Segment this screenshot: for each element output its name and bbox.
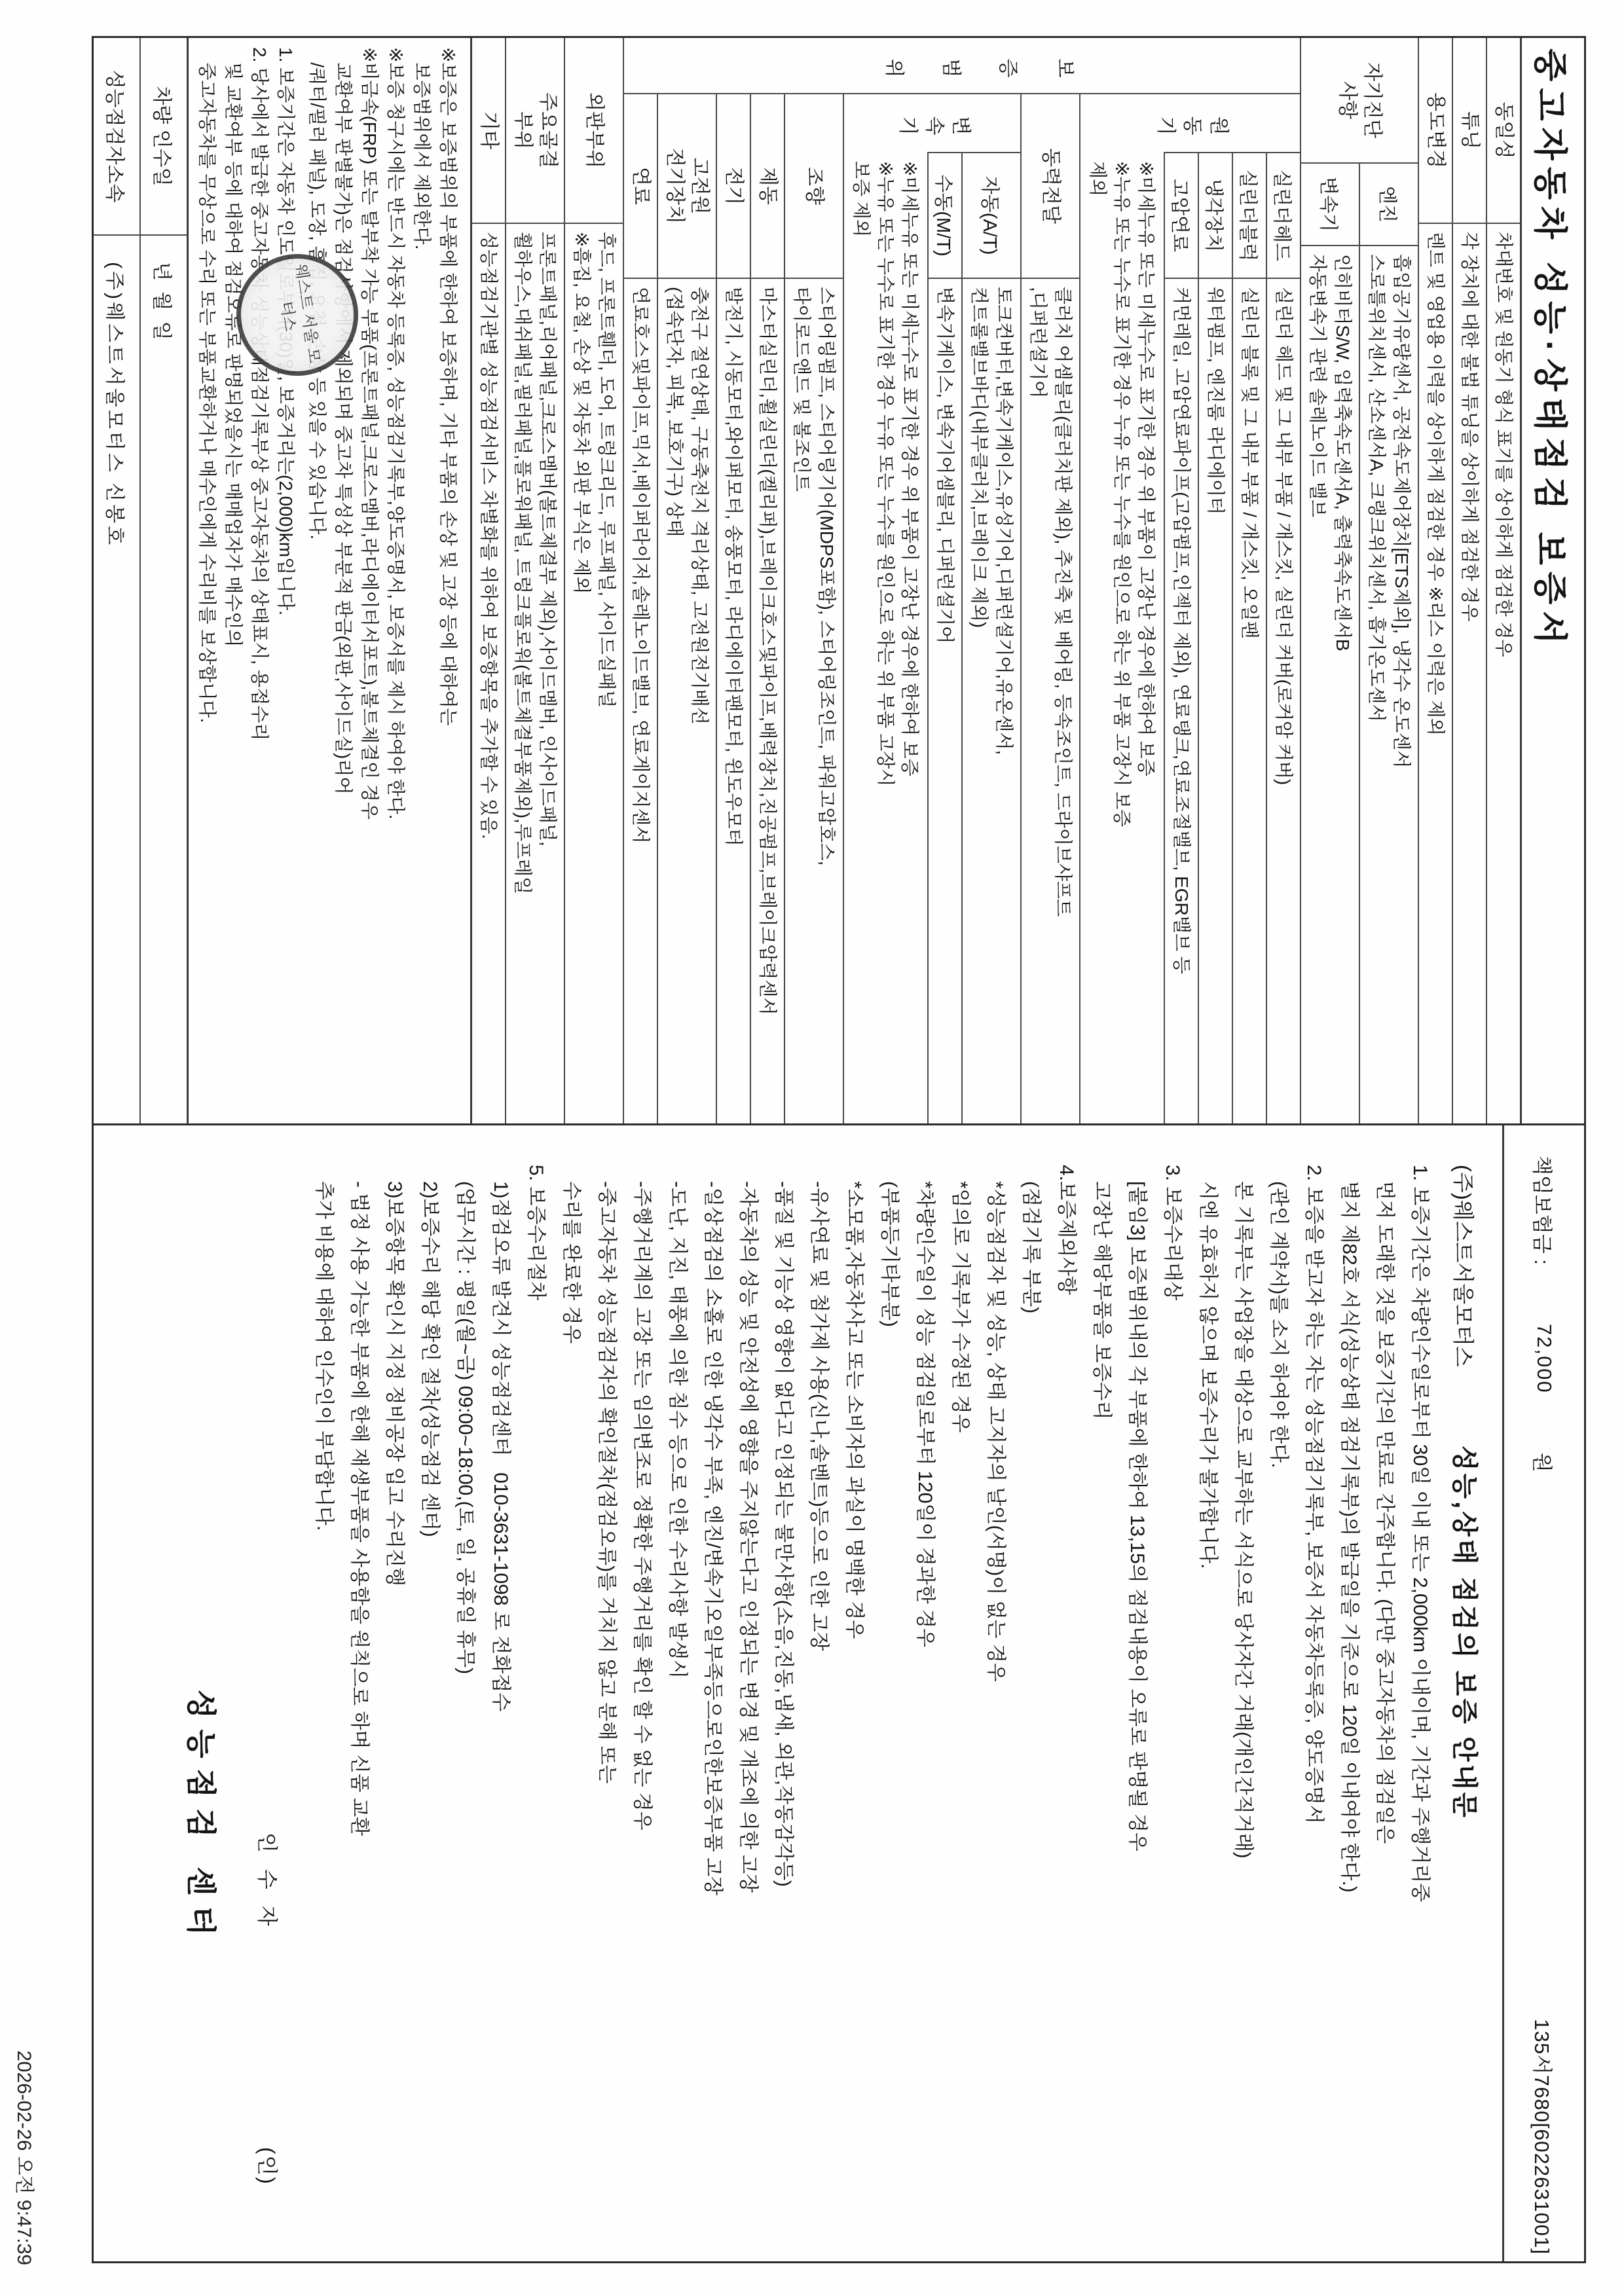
warranty-terms: 1. 보증기간은 자동차 인도일로부터(30)일, 보증거리는(2,000)km… <box>189 38 301 1123</box>
table-row-tuning: 튜닝 각 장치에 대한 불법 튜닝을 상이하게 점검한 경우 <box>1453 38 1487 1123</box>
row-content: 성능점검기관별 성능점검서비스 차별화를 위하여 보증항목을 추가할 수 있음. <box>472 223 505 1123</box>
certificate-title: 중고자동차 성능·상태점검 보증서 <box>1522 38 1584 1123</box>
content-line: 자동변속기 관련 솔레노이드 밸브 <box>1305 254 1330 1116</box>
row-fuel: 연료 연료호스및파이프,믹서,베이퍼라이저,솔레노이드밸브, 연료게이지센서 <box>624 94 658 1123</box>
consignee-row: 인 수 자 (인) <box>253 1125 284 2261</box>
delivery-date-row: 차량 인수일 년 월 일 <box>141 38 187 1123</box>
inspector-value: (주)웨스트서울모터스 신봉호 <box>94 234 139 1123</box>
row-label: 동일성 <box>1487 38 1520 223</box>
document-code: 135서7680[6022631001] <box>1530 2019 1559 2255</box>
content-line: 클러치 어셈블리(클러치판 제외), 추진축 및 베어링, 등속조인트, 드라이… <box>1050 287 1075 1116</box>
row-etc: 기타 성능점검기관별 성능점검서비스 차별화를 위하여 보증항목을 추가할 수 … <box>472 38 506 1123</box>
row-label: 용도변경 <box>1419 38 1452 223</box>
group-transmission: 변속기 자동(A/T) 토크컨버터,변속기케이스,유성기어,디퍼런셜기어,유온센… <box>844 94 1022 1123</box>
row-content: 충전구 절연상태, 구동축전지 격리상태, 고전원전기배선(접속단자, 피복, … <box>658 278 716 1123</box>
sub-row-content: 실린더 헤드 및 그 내부 부품 / 개스킷, 실린더 커버(로커암 커버) <box>1267 278 1300 1123</box>
row-electric: 전기 발전기, 시동모터,와이퍼모터, 송풍모터, 라디에이터팬모터, 윈도우모… <box>717 94 751 1123</box>
selfdiag-row-engine: 엔진 흡입공기유량센서, 공전속도제어장치[ETS제외], 냉각수 온도센서스로… <box>1360 162 1418 1123</box>
scanned-page: 중고자동차 성능·상태점검 보증서 동일성 차대번호 및 원동기 형식 표기를 … <box>0 0 1624 2296</box>
content-line: 스티어링펌프, 스티어링기어(MDPS포함), 스티어링조인트, 파워고압호스, <box>814 287 839 1116</box>
group-label-line: 사항 <box>1335 81 1359 119</box>
row-content: 프론트패널,리어패널,크로스멤버(볼트체결부 제외),사이드멤버, 인사이드패널… <box>506 223 564 1123</box>
row-label: 연료 <box>624 94 657 278</box>
row-content: 스티어링펌프, 스티어링기어(MDPS포함), 스티어링조인트, 파워고압호스,… <box>785 278 843 1123</box>
selfdiag-rows: 엔진 흡입공기유량센서, 공전속도제어장치[ETS제외], 냉각수 온도센서스로… <box>1301 162 1418 1123</box>
group-label: 자기진단 사항 <box>1301 38 1418 162</box>
row-cooling: 냉각장치 워터펌프, 엔진룸 라디에이터 <box>1199 152 1233 1123</box>
row-label: 고전원 전기장치 <box>658 94 716 278</box>
sub-row-label: 변속기 <box>1301 162 1359 245</box>
insurance-unit: 원 <box>1530 1453 1559 1472</box>
guide-title-line: (주)웨스트서울모터스 성능,상태 점검의 보증 안내문 <box>1444 1125 1502 2261</box>
scope-rows: 원동기 실린더헤드 실린더 헤드 및 그 내부 부품 / 개스킷, 실린더 커버… <box>624 93 1300 1123</box>
row-label-line: 고전원 <box>687 158 712 215</box>
row-content: 렌트 및 영업용 이력을 상이하게 점검한 경우 ※리스 이력은 제외 <box>1419 223 1452 1123</box>
consignee-seal-mark: (인) <box>253 2147 284 2185</box>
engine-note: ※미세누유 또는 미세누수로 표기한 경우 위 부품이 고장난 경우에 한하여 … <box>1080 152 1165 1123</box>
row-content: 발전기, 시동모터,와이퍼모터, 송풍모터, 라디에이터팬모터, 윈도우모터 <box>717 278 750 1123</box>
row-cylinder-head: 실린더헤드 실린더 헤드 및 그 내부 부품 / 개스킷, 실린더 커버(로커암… <box>1267 152 1300 1123</box>
row-cylinder-block: 실린더블럭 실린더 블록 및 그 내부 부품 / 개스킷, 오일팬 <box>1233 152 1267 1123</box>
sub-row-label: 고압연료 <box>1165 152 1198 278</box>
sub-row-content: 인히비터S/W, 입력축속도센서A, 출력축속도센서B자동변속기 관련 솔레노이… <box>1301 245 1359 1123</box>
row-label: 주요골결 부위 <box>506 38 564 223</box>
engine-rows: 실린더헤드 실린더 헤드 및 그 내부 부품 / 개스킷, 실린더 커버(로커암… <box>1080 152 1300 1123</box>
row-exterior-panels: 외판부위 후드, 프론트휀더, 도어, 트렁크리드, 루프패널, 사이드실패널※… <box>565 38 624 1123</box>
row-content: 각 장치에 대한 불법 튜닝을 상이하게 점검한 경우 <box>1453 223 1486 1123</box>
insurance-amount: 72,000 <box>1532 1324 1556 1394</box>
row-automatic: 자동(A/T) 토크컨버터,변속기케이스,유성기어,디퍼런셜기어,유온센서,컨트… <box>963 152 1020 1123</box>
sub-row-content: 실린더 블록 및 그 내부 부품 / 개스킷, 오일팬 <box>1233 278 1266 1123</box>
scope-vertical-label: 보증범위 <box>624 38 1300 93</box>
signature-table: 차량 인수일 년 월 일 성능점검자소속 (주)웨스트서울모터스 신봉호 <box>94 38 189 1123</box>
warranty-notes: ※보증은 보증범위의 부품에 한하여 보증하며, 기타 부품의 손상 및 고장 … <box>301 38 470 1123</box>
content-line: (접속단자, 피복, 보호기구) 상태 <box>662 287 687 1116</box>
group-label: 변속기 <box>844 94 1020 152</box>
content-line: ※흠집, 요철, 손상 및 자동차 외판 부식은 제외 <box>569 232 594 1116</box>
certificate-panel: 중고자동차 성능·상태점검 보증서 동일성 차대번호 및 원동기 형식 표기를 … <box>94 38 1584 1125</box>
content-line: 흡입공기유량센서, 공전속도제어장치[ETS제외], 냉각수 온도센서 <box>1389 254 1414 1116</box>
guide-body-text: 1. 보증기간은 차량인수일로부터 30일 이내 또는 2,000km 이내이며… <box>306 1125 1444 2261</box>
row-label-line: 부위 <box>510 111 535 149</box>
content-line: 프론트패널,리어패널,크로스멤버(볼트체결부 제외),사이드멤버, 인사이드패널… <box>535 232 560 1116</box>
row-label: 기타 <box>472 38 505 223</box>
group-engine: 원동기 실린더헤드 실린더 헤드 및 그 내부 부품 / 개스킷, 실린더 커버… <box>1080 94 1300 1123</box>
document-border-frame: 중고자동차 성능·상태점검 보증서 동일성 차대번호 및 원동기 형식 표기를 … <box>92 36 1586 2263</box>
table-row-usage-change: 용도변경 렌트 및 영업용 이력을 상이하게 점검한 경우 ※리스 이력은 제외 <box>1419 38 1453 1123</box>
guide-title: 성능,상태 점검의 보증 안내문 <box>1448 1446 1485 1820</box>
content-line: 인히비터S/W, 입력축속도센서A, 출력축속도센서B <box>1330 254 1355 1116</box>
content-line: 타이로드앤드 및 볼조인트 <box>789 287 814 1116</box>
row-label-line: 주요골결 <box>535 92 560 168</box>
coverage-table: 동일성 차대번호 및 원동기 형식 표기를 상이하게 점검한 경우 튜닝 각 장… <box>470 38 1522 1123</box>
transmission-note: ※미세누유 또는 미세누수로 표기한 경우 위 부품이 고장난 경우에 한하여 … <box>844 152 929 1123</box>
selfdiag-row-transmission: 변속기 인히비터S/W, 입력축속도센서A, 출력축속도센서B자동변속기 관련 … <box>1301 162 1360 1123</box>
sub-row-content: 커먼레일, 고압연료파이프(고압펌프,인젝터 제외), 연료탱크,연료조절밸브,… <box>1165 278 1198 1123</box>
sub-row-label: 엔진 <box>1360 162 1418 245</box>
sub-row-content: 토크컨버터,변속기케이스,유성기어,디퍼런셜기어,유온센서,컨트롤밸브바디(내부… <box>963 278 1020 1123</box>
row-label-line: 전기장치 <box>662 148 687 224</box>
sub-row-content: 변속기케이스, 변속기어셈블리, 디퍼런셜기어 <box>929 278 961 1123</box>
table-group-selfdiag: 자기진단 사항 엔진 흡입공기유량센서, 공전속도제어장치[ETS제외], 냉각… <box>1301 38 1419 1123</box>
row-label: 전기 <box>717 94 750 278</box>
row-content: 차대번호 및 원동기 형식 표기를 상이하게 점검한 경우 <box>1487 223 1520 1123</box>
row-powertrain: 동력전달 클러치 어셈블리(클러치판 제외), 추진축 및 베어링, 등속조인트… <box>1022 94 1080 1123</box>
content-line: ,디퍼런셜기어 <box>1025 287 1050 1116</box>
group-label: 원동기 <box>1080 94 1300 152</box>
content-line: 스로틀위치센서, 산소센서A, 크랭크위치센서, 흡기온도센서 <box>1364 254 1389 1116</box>
table-row-identity: 동일성 차대번호 및 원동기 형식 표기를 상이하게 점검한 경우 <box>1487 38 1520 1123</box>
insurance-label: 책임보험금 : <box>1530 1156 1559 1265</box>
row-label: 튜닝 <box>1453 38 1486 223</box>
group-label-line: 자기진단 <box>1359 62 1384 138</box>
row-content: 클러치 어셈블리(클러치판 제외), 추진축 및 베어링, 등속조인트, 드라이… <box>1022 278 1079 1123</box>
content-line: 휠하우스,대쉬패널,필러패널,플로워패널, 트렁크플로워(볼트체결부품제외),루… <box>510 232 535 1116</box>
row-label: 동력전달 <box>1022 94 1079 278</box>
delivery-date-value: 년 월 일 <box>141 234 187 1123</box>
row-main-frame: 주요골결 부위 프론트패널,리어패널,크로스멤버(볼트체결부 제외),사이드멤버… <box>506 38 565 1123</box>
row-label: 제동 <box>751 94 784 278</box>
sub-row-label: 실린더헤드 <box>1267 152 1300 278</box>
row-steering: 조향 스티어링펌프, 스티어링기어(MDPS포함), 스티어링조인트, 파워고압… <box>785 94 844 1123</box>
inspector-label: 성능점검자소속 <box>94 38 139 234</box>
guide-panel: 책임보험금 : 72,000 원 135서7680[6022631001] (주… <box>94 1125 1584 2261</box>
inspector-row: 성능점검자소속 (주)웨스트서울모터스 신봉호 <box>94 38 141 1123</box>
transmission-rows: 자동(A/T) 토크컨버터,변속기케이스,유성기어,디퍼런셜기어,유온센서,컨트… <box>844 152 1020 1123</box>
content-line: 컨트롤밸브바디(내부클러치,브레이크 제외) <box>967 287 991 1116</box>
table-scope-section: 보증범위 원동기 실린더헤드 실린더 헤드 및 그 내부 부품 / 개스킷, 실… <box>624 38 1301 1123</box>
delivery-date-label: 차량 인수일 <box>141 38 187 234</box>
company-name: (주)웨스트서울모터스 <box>1449 1165 1480 1367</box>
row-content: 후드, 프론트휀더, 도어, 트렁크리드, 루프패널, 사이드실패널※흠집, 요… <box>565 223 623 1123</box>
row-label: 외판부위 <box>565 38 623 223</box>
row-brake: 제동 마스터실린더,휠실린더(켈리퍼),브레이크호스및파이프,배력장치,진공펌프… <box>751 94 785 1123</box>
row-manual: 수동(M/T) 변속기케이스, 변속기어셈블리, 디퍼런셜기어 <box>929 152 963 1123</box>
row-label: 조향 <box>785 94 843 278</box>
row-content: 연료호스및파이프,믹서,베이퍼라이저,솔레노이드밸브, 연료게이지센서 <box>624 278 657 1123</box>
row-high-pressure-fuel: 고압연료 커먼레일, 고압연료파이프(고압펌프,인젝터 제외), 연료탱크,연료… <box>1165 152 1199 1123</box>
print-timestamp: 2026-02-26 오전 9:47:39 <box>12 1807 41 2265</box>
content-line: 토크컨버터,변속기케이스,유성기어,디퍼런셜기어,유온센서, <box>991 287 1016 1116</box>
sub-row-label: 자동(A/T) <box>963 152 1020 278</box>
sub-row-label: 냉각장치 <box>1199 152 1232 278</box>
sub-row-content: 워터펌프, 엔진룸 라디에이터 <box>1199 278 1232 1123</box>
row-content: 마스터실린더,휠실린더(켈리퍼),브레이크호스및파이프,배력장치,진공펌프,브레… <box>751 278 784 1123</box>
inspection-center-signature: 성능점검 센터 <box>181 1125 225 2261</box>
warranty-sheet-landscape: 중고자동차 성능·상태점검 보증서 동일성 차대번호 및 원동기 형식 표기를 … <box>0 0 1624 2296</box>
content-line: 후드, 프론트휀더, 도어, 트렁크리드, 루프패널, 사이드실패널 <box>594 232 619 1116</box>
row-high-voltage: 고전원 전기장치 충전구 절연상태, 구동축전지 격리상태, 고전원전기배선(접… <box>658 94 717 1123</box>
consignee-label: 인 수 자 <box>253 1832 284 1931</box>
content-line: 충전구 절연상태, 구동축전지 격리상태, 고전원전기배선 <box>687 287 712 1116</box>
sub-row-content: 흡입공기유량센서, 공전속도제어장치[ETS제외], 냉각수 온도센서스로틀위치… <box>1360 245 1418 1123</box>
sub-row-label: 실린더블럭 <box>1233 152 1266 278</box>
guide-header: 책임보험금 : 72,000 원 135서7680[6022631001] <box>1502 1125 1584 2261</box>
sub-row-label: 수동(M/T) <box>929 152 961 278</box>
